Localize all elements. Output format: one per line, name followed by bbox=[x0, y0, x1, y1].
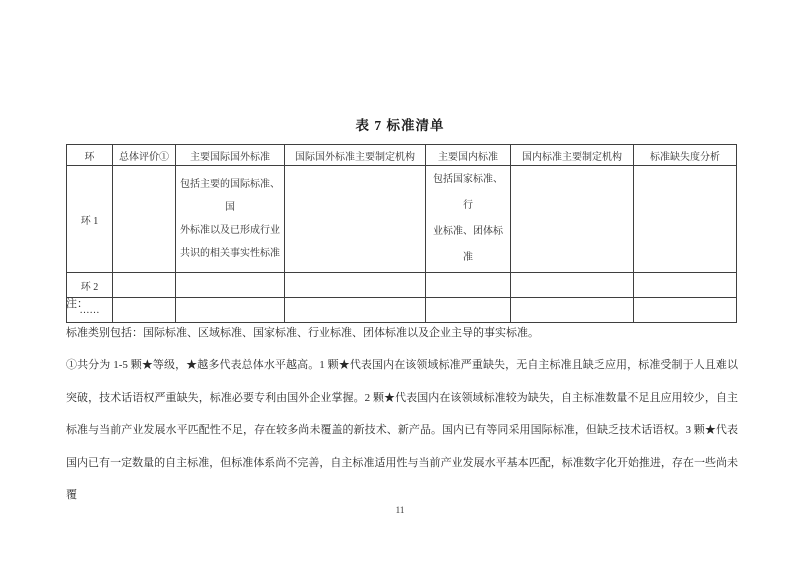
col-header-intl-standards: 主要国际国外标准 bbox=[176, 145, 285, 166]
cell-ellipsis-intl-standards bbox=[176, 298, 285, 323]
cell-ring2-gap-analysis bbox=[634, 273, 737, 298]
notes-label: 注： bbox=[66, 295, 88, 311]
table-title: 表 7 标准清单 bbox=[0, 114, 800, 134]
cell-ellipsis-rating bbox=[113, 298, 176, 323]
cell-ring2-domestic-standards bbox=[426, 273, 511, 298]
cell-ring1-domestic-orgs bbox=[511, 166, 634, 273]
col-header-gap-analysis: 标准缺失度分析 bbox=[634, 145, 737, 166]
standards-table: 环 总体评价① 主要国际国外标准 国际国外标准主要制定机构 主要国内标准 国内标… bbox=[66, 144, 737, 323]
cell-ring2-label: 环 2 bbox=[67, 273, 113, 298]
cell-ring1-domestic-standards: 包括国家标准、行 业标准、团体标准 bbox=[426, 166, 511, 273]
cell-ring2-intl-standards bbox=[176, 273, 285, 298]
note-star-rating-explanation: ①共分为 1-5 颗★等级，★越多代表总体水平越高。1 颗★代表国内在该领域标准… bbox=[66, 349, 738, 512]
cell-ellipsis-domestic-orgs bbox=[511, 298, 634, 323]
cell-ellipsis-domestic-standards bbox=[426, 298, 511, 323]
cell-ring1-intl-orgs bbox=[285, 166, 426, 273]
table-row-ring2: 环 2 bbox=[67, 273, 737, 298]
cell-ring2-intl-orgs bbox=[285, 273, 426, 298]
document-page: 表 7 标准清单 环 总体评价① 主要国际国外标准 国际国外标准主要制定机构 主… bbox=[0, 0, 800, 565]
col-header-ring: 环 bbox=[67, 145, 113, 166]
cell-ring2-domestic-orgs bbox=[511, 273, 634, 298]
note-standard-categories: 标准类别包括：国际标准、区域标准、国家标准、行业标准、团体标准以及企业主导的事实… bbox=[66, 324, 736, 340]
col-header-intl-orgs: 国际国外标准主要制定机构 bbox=[285, 145, 426, 166]
cell-ring1-intl-standards: 包括主要的国际标准、国 外标准以及已形成行业 共识的相关事实性标准 bbox=[176, 166, 285, 273]
cell-ellipsis-intl-orgs bbox=[285, 298, 426, 323]
page-number: 11 bbox=[0, 505, 800, 515]
col-header-domestic-orgs: 国内标准主要制定机构 bbox=[511, 145, 634, 166]
table-row-ring1: 环 1 包括主要的国际标准、国 外标准以及已形成行业 共识的相关事实性标准 包括… bbox=[67, 166, 737, 273]
cell-ring1-gap-analysis bbox=[634, 166, 737, 273]
cell-ring1-rating bbox=[113, 166, 176, 273]
table-row-ellipsis: …… bbox=[67, 298, 737, 323]
cell-ring2-rating bbox=[113, 273, 176, 298]
col-header-overall-rating: 总体评价① bbox=[113, 145, 176, 166]
col-header-domestic-standards: 主要国内标准 bbox=[426, 145, 511, 166]
cell-ellipsis-gap-analysis bbox=[634, 298, 737, 323]
table-header-row: 环 总体评价① 主要国际国外标准 国际国外标准主要制定机构 主要国内标准 国内标… bbox=[67, 145, 737, 166]
cell-ring1-label: 环 1 bbox=[67, 166, 113, 273]
